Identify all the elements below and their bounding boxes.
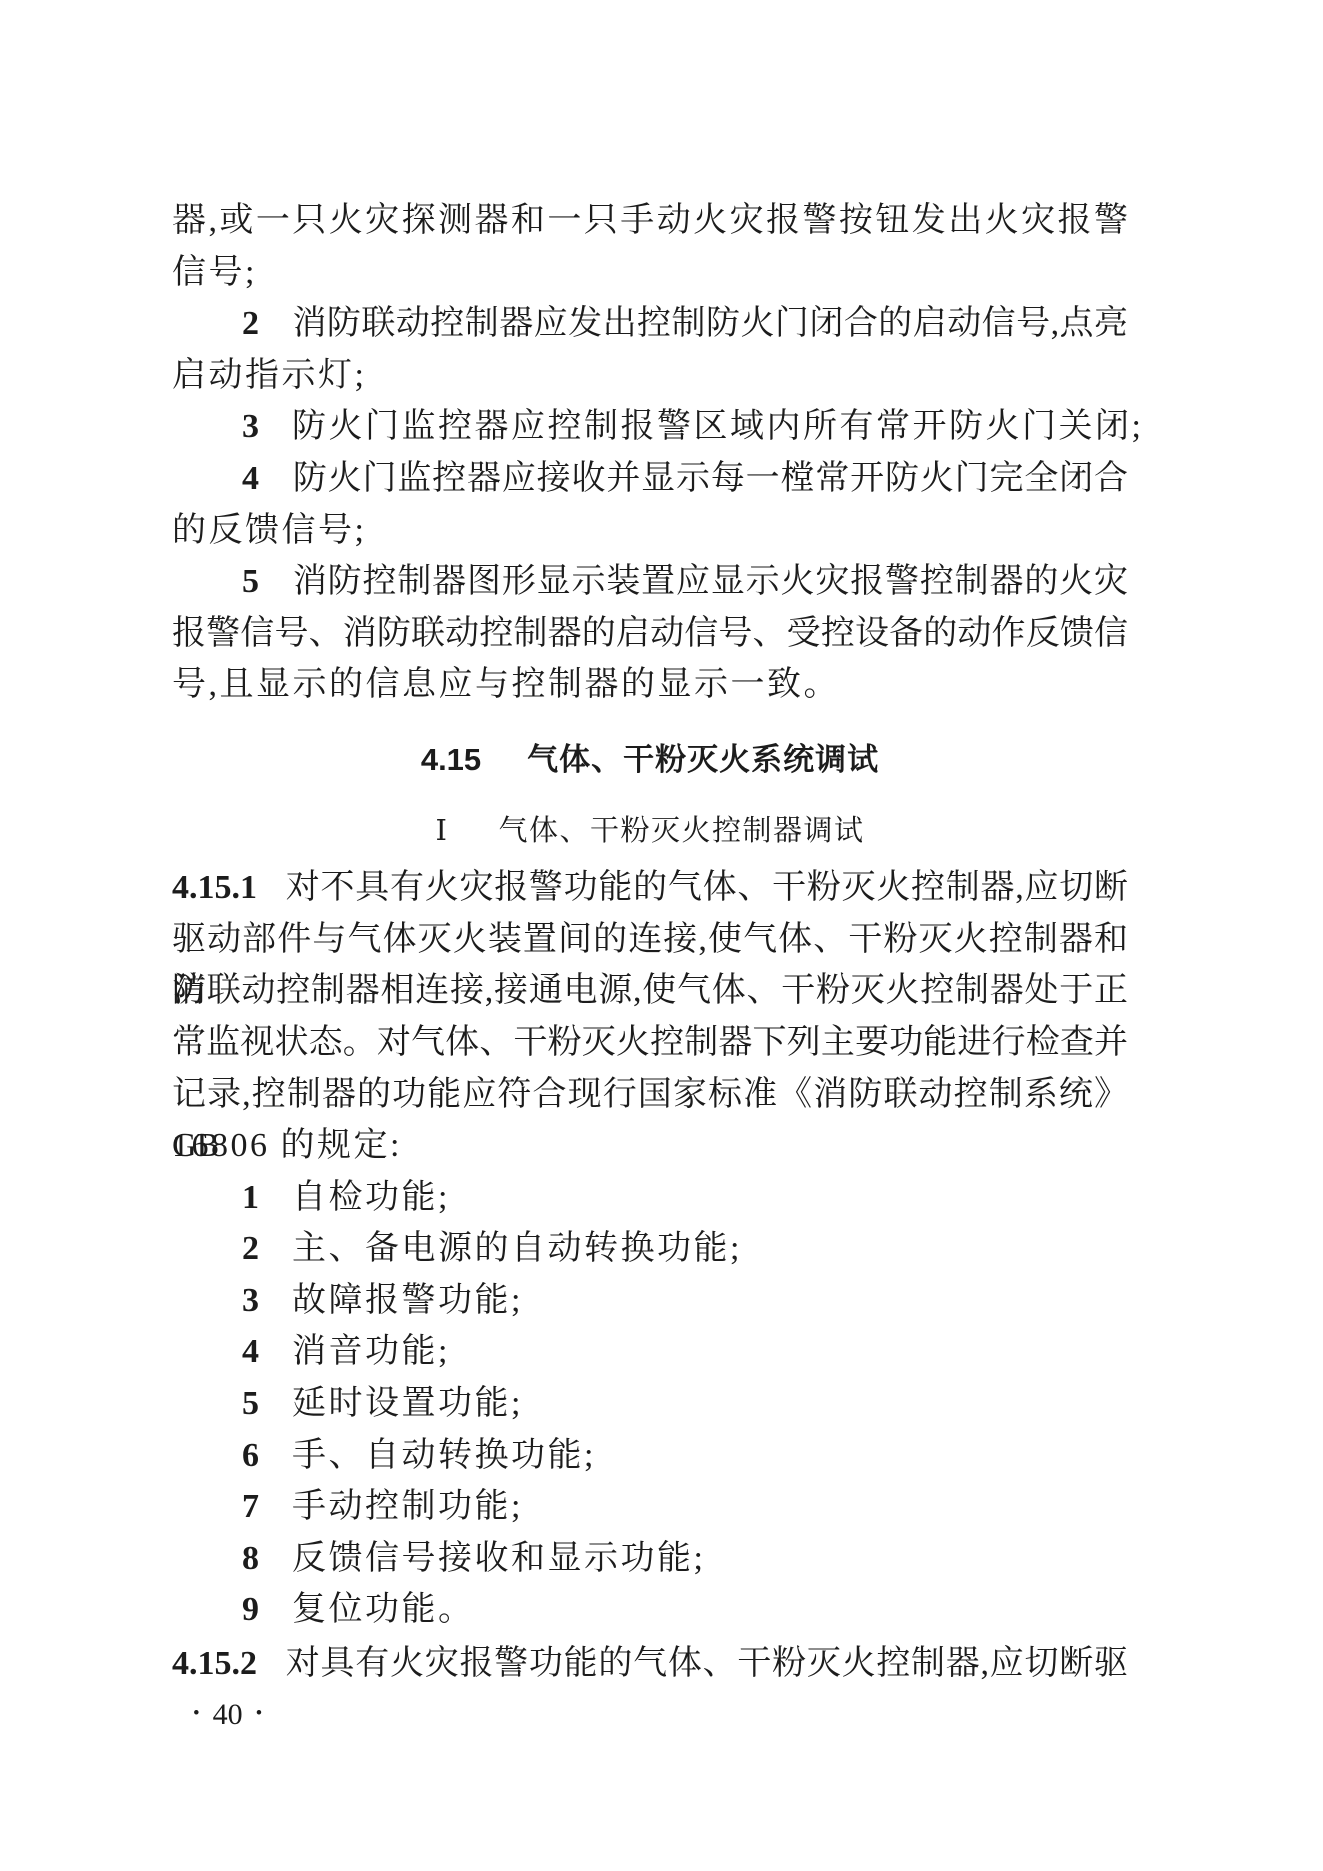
- item-number: 4: [242, 1326, 292, 1378]
- item-text: 防火门监控器应接收并显示每一樘常开防火门完全闭合: [292, 460, 1128, 497]
- item-number: 4: [242, 453, 292, 505]
- numbered-item-line: 5消防控制器图形显示装置应显示火灾报警控制器的火灾: [172, 556, 1128, 608]
- item-number: 2: [242, 298, 292, 350]
- numbered-item-line: 4防火门监控器应接收并显示每一樘常开防火门完全闭合: [172, 453, 1128, 505]
- list-item: 6手、自动转换功能;: [172, 1430, 1128, 1482]
- body-line: 信号;: [172, 247, 1128, 299]
- item-number: 5: [242, 1378, 292, 1430]
- body-line: 启动指示灯;: [172, 350, 1128, 402]
- item-number: 5: [242, 556, 292, 608]
- item-text: 消防联动控制器应发出控制防火门闭合的启动信号,点亮: [292, 305, 1128, 342]
- body-line: 报警信号、消防联动控制器的启动信号、受控设备的动作反馈信: [172, 608, 1128, 660]
- section-heading: 4.15气体、干粉灭火系统调试: [172, 734, 1128, 786]
- clause-number: 4.15.1: [172, 869, 257, 906]
- item-text: 消防控制器图形显示装置应显示火灾报警控制器的火灾: [292, 563, 1128, 600]
- item-text: 自检功能;: [292, 1179, 450, 1216]
- list-item: 4消音功能;: [172, 1326, 1128, 1378]
- body-line: 号,且显示的信息应与控制器的显示一致。: [172, 659, 1128, 711]
- list-item: 3故障报警功能;: [172, 1275, 1128, 1327]
- section-number: 4.15: [421, 742, 481, 777]
- list-item: 9复位功能。: [172, 1584, 1128, 1636]
- list-item: 8反馈信号接收和显示功能;: [172, 1533, 1128, 1585]
- section-title: 气体、干粉灭火系统调试: [527, 742, 879, 777]
- item-number: 3: [242, 1275, 292, 1327]
- item-number: 3: [242, 401, 292, 453]
- clause-line: 防联动控制器相连接,接通电源,使气体、干粉灭火控制器处于正: [172, 965, 1128, 1017]
- subsection-numeral: Ⅰ: [436, 815, 449, 847]
- list-item: 7手动控制功能;: [172, 1481, 1128, 1533]
- clause-number: 4.15.2: [172, 1645, 257, 1682]
- item-text: 手动控制功能;: [292, 1488, 523, 1525]
- item-number: 6: [242, 1430, 292, 1482]
- clause-line: 4.15.1对不具有火灾报警功能的气体、干粉灭火控制器,应切断: [172, 862, 1128, 914]
- item-number: 9: [242, 1584, 292, 1636]
- numbered-item-line: 2消防联动控制器应发出控制防火门闭合的启动信号,点亮: [172, 298, 1128, 350]
- clause-line: 常监视状态。对气体、干粉灭火控制器下列主要功能进行检查并: [172, 1017, 1128, 1069]
- clause-line: 记录,控制器的功能应符合现行国家标准《消防联动控制系统》GB: [172, 1069, 1128, 1121]
- item-text: 手、自动转换功能;: [292, 1437, 596, 1474]
- item-text: 延时设置功能;: [292, 1385, 523, 1422]
- item-text: 主、备电源的自动转换功能;: [292, 1230, 742, 1267]
- item-text: 防火门监控器应控制报警区域内所有常开防火门关闭;: [292, 408, 1143, 445]
- item-text: 反馈信号接收和显示功能;: [292, 1540, 705, 1577]
- list-item: 2主、备电源的自动转换功能;: [172, 1223, 1128, 1275]
- clause-line: 4.15.2对具有火灾报警功能的气体、干粉灭火控制器,应切断驱: [172, 1638, 1128, 1690]
- page-footer: •40•: [193, 1698, 262, 1732]
- text-block: 器,或一只火灾探测器和一只手动火灾报警按钮发出火灾报警 信号; 2消防联动控制器…: [172, 195, 1128, 1690]
- subsection-title: 气体、干粉灭火控制器调试: [498, 815, 864, 847]
- item-number: 7: [242, 1481, 292, 1533]
- item-text: 消音功能;: [292, 1333, 450, 1370]
- page-number: 40: [213, 1698, 243, 1731]
- clause-text: 对具有火灾报警功能的气体、干粉灭火控制器,应切断驱: [285, 1645, 1128, 1682]
- footer-left-dot-icon: •: [193, 1703, 200, 1724]
- clause-line: 驱动部件与气体灭火装置间的连接,使气体、干粉灭火控制器和消: [172, 914, 1128, 966]
- body-line: 的反馈信号;: [172, 505, 1128, 557]
- subsection-heading: Ⅰ气体、干粉灭火控制器调试: [172, 806, 1128, 858]
- item-text: 复位功能。: [292, 1591, 475, 1628]
- list-item: 5延时设置功能;: [172, 1378, 1128, 1430]
- numbered-item-line: 3防火门监控器应控制报警区域内所有常开防火门关闭;: [172, 401, 1128, 453]
- document-page: 器,或一只火灾探测器和一只手动火灾报警按钮发出火灾报警 信号; 2消防联动控制器…: [0, 0, 1323, 1871]
- item-number: 2: [242, 1223, 292, 1275]
- list-item: 1自检功能;: [172, 1172, 1128, 1224]
- clause-line: 16806 的规定:: [172, 1120, 1128, 1172]
- clause-text: 对不具有火灾报警功能的气体、干粉灭火控制器,应切断: [285, 869, 1128, 906]
- footer-right-dot-icon: •: [256, 1703, 263, 1724]
- body-line: 器,或一只火灾探测器和一只手动火灾报警按钮发出火灾报警: [172, 195, 1128, 247]
- item-text: 故障报警功能;: [292, 1282, 523, 1319]
- item-number: 1: [242, 1172, 292, 1224]
- item-number: 8: [242, 1533, 292, 1585]
